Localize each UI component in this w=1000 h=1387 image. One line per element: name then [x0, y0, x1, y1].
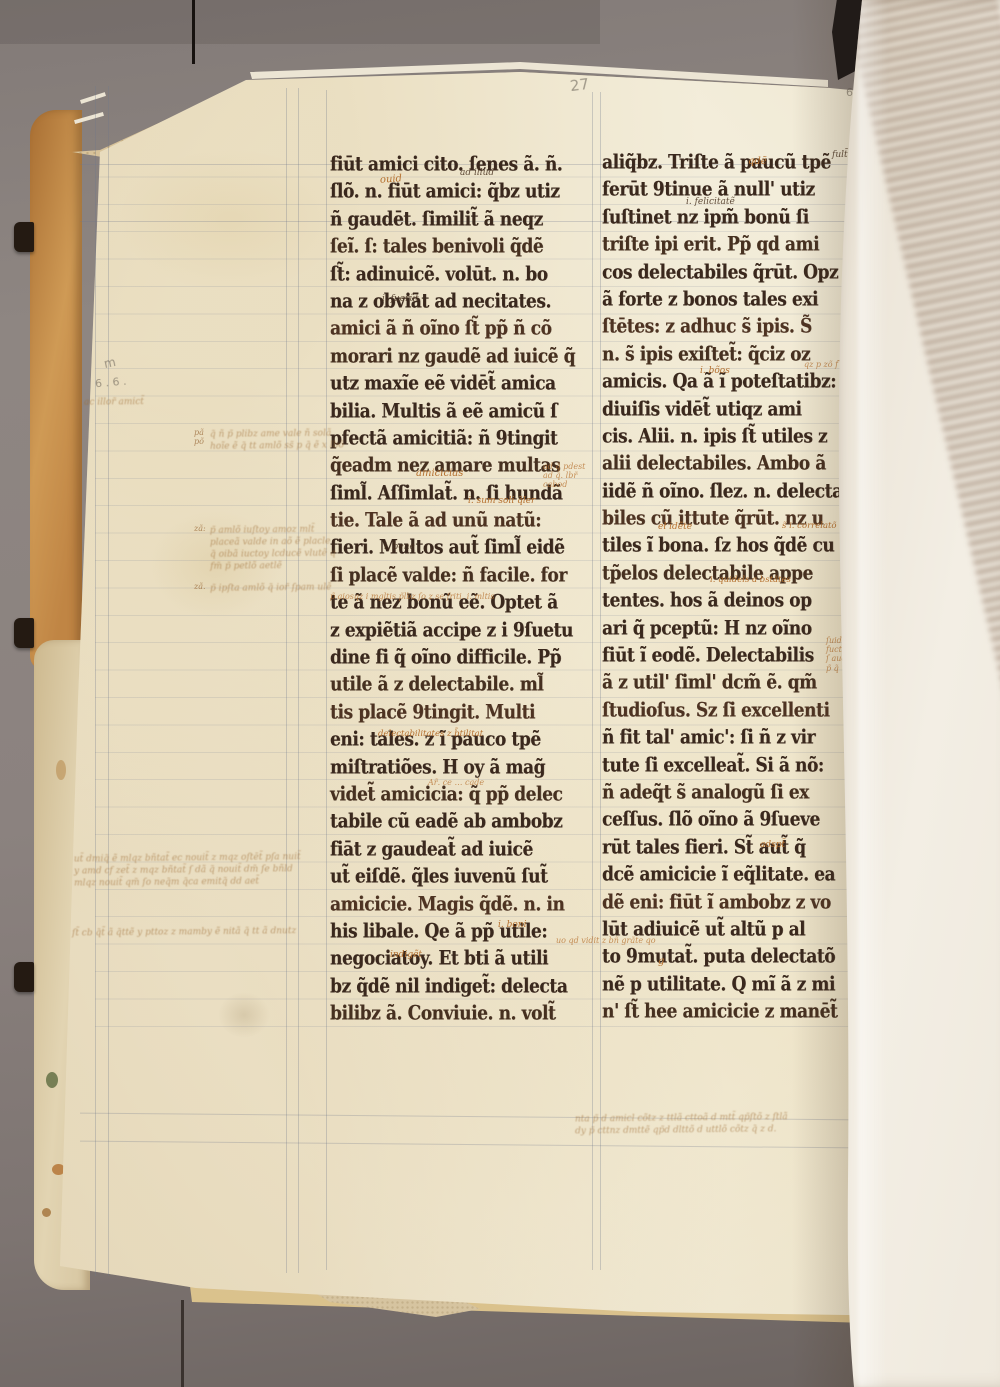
turning-page-fold-highlight — [858, 0, 888, 1387]
manuscript-line: fiāt z gaudeat̃ ad iuicẽ — [330, 835, 590, 865]
interlinear-gloss: i. fuerũt — [382, 294, 419, 304]
ruling-line — [326, 90, 327, 1270]
margin-note: q̃ ñ p̃ plibz ame vale ñ solã hoĩe ẽ q̃ … — [210, 427, 370, 453]
manuscript-line: z expiẽtiã accipe z i 9ſuetu — [330, 616, 590, 646]
manuscript-photo: fiūt amici cito. ſenes ã. ñ.ſlõ. n. fiūt… — [0, 0, 1000, 1387]
interlinear-gloss: i. sum soli q̃ler — [468, 496, 535, 506]
manuscript-line: ut̃ eiſdẽ. q̃les iuvenũ ſut̃ — [330, 863, 590, 893]
ruling-line — [286, 88, 287, 1273]
ruling-line — [108, 86, 109, 1276]
interlinear-gloss: eł idẽte — [658, 522, 692, 532]
interlinear-gloss: i. quidels a bstãtes — [710, 576, 791, 586]
manuscript-line: utz maxĩe eẽ vidēt̃ amica — [330, 370, 590, 400]
margin-note: ac illor̃ amict̃ — [84, 395, 214, 408]
manuscript-line: dine fi q̃ oĩno difficile. Pp̃ — [330, 644, 590, 674]
manuscript-line: his libale. Qe ã pp̃ utile: — [330, 918, 590, 948]
manuscript-line: ñ gaudēt. ſimilit̃ ã neqz — [330, 205, 590, 235]
manuscript-line: negociatoy. Et bti ã utili — [330, 945, 590, 975]
interlinear-gloss: delectabilitates z b̃tilitat — [378, 730, 483, 740]
margin-note: p̃ amlõ iuſtoy amoz mlt̃ placeã valde in… — [210, 523, 370, 573]
manuscript-line: amicicie. Magis q̃dẽ. n. in — [330, 890, 590, 920]
interlinear-gloss: uo qd vidit z bñ grãte qo — [556, 936, 668, 945]
interlinear-gloss: adspt̃ — [760, 840, 785, 850]
manuscript-line: morari nz gaudẽ ad iuicẽ q̃ — [330, 342, 590, 372]
interlinear-gloss: g — [658, 956, 664, 968]
column-left: fiūt amici cito. ſenes ã. ñ.ſlõ. n. fiūt… — [330, 152, 598, 1029]
manuscript-line: ſlõ. n. fiūt amici: q̃bz utiz — [330, 178, 590, 208]
ruling-line — [600, 92, 601, 1270]
ruling-line — [95, 86, 96, 1276]
margin-note-mark: pã põ — [194, 428, 204, 446]
manuscript-line: na z obviāt ad necitates. — [330, 288, 590, 318]
interlinear-gloss: i. bõos — [700, 366, 730, 376]
interlinear-gloss: ad illud — [460, 168, 494, 178]
manuscript-line: ſeĩ. ſ: tales benivoli q̃dẽ — [330, 233, 590, 263]
folio-pencil-mark: 6 . 6 . — [94, 375, 126, 391]
folio-pencil-mark: 27 — [569, 75, 590, 95]
margin-note: p̃ ipſta amlõ q̃ ior̃ ſpam ulẽ — [210, 581, 370, 595]
interlinear-gloss: Ar̃. ce … cade — [428, 778, 484, 787]
interlinear-gloss: i. felicitatẽ — [686, 197, 735, 207]
manuscript-line: amici ã ñ oĩno ſt̃ pp̃ ñ cõ — [330, 315, 590, 345]
manuscript-line: ſt̃: adinuicẽ. volūt. n. bo — [330, 260, 590, 290]
manuscript-line: bilia. Multis ã eẽ amicũ ſ — [330, 397, 590, 427]
manuscript-line: tabile cũ eadẽ ab ambobz — [330, 808, 590, 838]
manuscript-line: utile ã z delectabile. ml̃ — [330, 671, 590, 701]
margin-note: ut̃ dmiq̃ ẽ mlqz bñtat̃ ec nouit̃ z mqz … — [74, 850, 364, 889]
manuscript-line: bz q̃dẽ nil indiget̃: delecta — [330, 972, 590, 1002]
interlinear-gloss: indigẽt — [390, 950, 422, 960]
ruling-line-h — [80, 1141, 858, 1149]
ruling-line — [298, 88, 299, 1273]
interlinear-gloss: ouid — [380, 173, 403, 186]
margin-note-mark: zã: — [194, 524, 206, 533]
interlinear-gloss: qdẽ — [748, 156, 767, 168]
interlinear-gloss: ad q̃ pdest ad q̃. lbr̃ cabod — [543, 462, 613, 490]
manuscript-line: tis placẽ 9tingit. Multi — [330, 698, 590, 728]
turning-page — [830, 0, 1000, 1387]
margin-note-mark: zã. — [194, 582, 206, 591]
interlinear-gloss: i. boni — [498, 920, 526, 930]
manuscript-line: bilibz ã. Conviuie. n. volt̃ — [330, 1000, 590, 1030]
interlinear-gloss: p̃ aiosqz i mgltis p̃lbz ſo z se friti. … — [330, 592, 600, 601]
interlinear-gloss: amicicias — [416, 468, 463, 480]
interlinear-gloss: i. bene — [384, 542, 415, 552]
